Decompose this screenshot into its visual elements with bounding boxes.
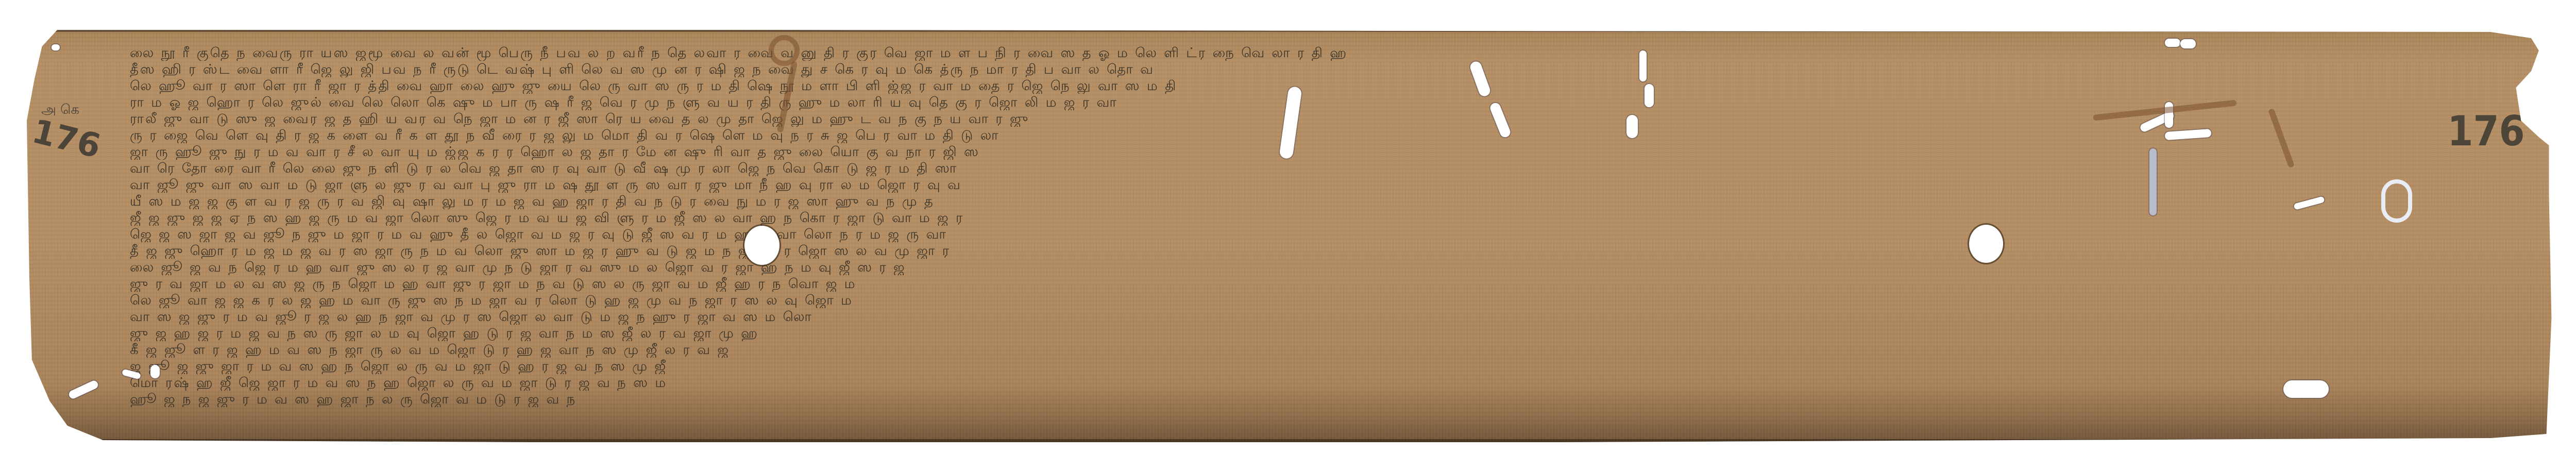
manuscript-text: லை நூ ரீ குதெ ந வைரு ரா யஸ ஜமூ வை ல வன் … [130,45,2510,422]
text-line: ஜ ஜூ ஜ ஜு ஜா ர ம வ ஸ ஹ ந ஜொ ல ரு வ ம ஜா … [130,359,2510,374]
binding-hole-right [1969,225,2003,263]
text-line: லெ ஹூ வா ர ஸா ளெ ரா ரீ ஜா ர த்தி வை ஹா ல… [130,78,2510,94]
text-line: கீ ஜ ஜூ ள ர ஜ ஹ ம வ ஸ ந ஜா ரு ல வ ம ஜொ ட… [130,342,2510,358]
leaf-bottom-edge [27,439,2567,442]
insect-damage [67,379,99,400]
insect-damage [2381,179,2412,223]
scanned-page: அ கெ 176 176 லை நூ ரீ குதெ ந வைரு ரா யஸ … [0,0,2576,469]
text-line: ஜெ ஜ ஸ ஜா ஜ வ ஜூ ந ஜு ம ஜா ர ம வ ஹு தீ ல… [130,227,2510,242]
text-line: தீ ஜ ஜு ஹொ ர ம ஜ ம ஜ வ ர ஸ ஜா ரு ந ம வ ல… [130,243,2510,259]
insect-damage [2165,39,2180,47]
text-line: ஹூ ஜ ந ஜ ஜு ர ம வ ஸ ஹ ஜா ந ல ரு ஜொ வ ம ட… [130,392,2510,407]
text-line: ரு ர ஜை வெ ளெ வு தி ர ஜ க ளை வ ரீ க ள தூ… [130,128,2510,143]
text-line: வா ஸ ஜ ஜு ர ம வ ஜூ ர ஜ ல ஹ ந ஜா வ மு ர ஸ… [130,309,2510,325]
text-line: ஜு ர வ ஜா ம ல வ ஸ ஜ ரு ந ஜொ ம ஹ வா ஜு ர … [130,276,2510,292]
text-line: லை நூ ரீ குதெ ந வைரு ரா யஸ ஜமூ வை ல வன் … [130,45,2510,61]
folio-number-left: 176 [28,112,105,166]
insect-damage [1645,84,1654,107]
insect-damage [2180,39,2196,48]
text-line: லை ஜூ ஜ வ ந ஜெ ர ம ஹ வா ஜு ஸ ல ர ஜ வா மு… [130,260,2510,275]
text-line: ஜு ஜ ஹ ஜ ர ம ஜ வ ந ஸ ரு ஜா ல ம வு ஜொ ஹ ட… [130,326,2510,341]
text-line: தீஸ ஹி ர ஸ்ட வை ளா ரீ ஜெ லு ஜி பவ ந ரீ ர… [130,62,2510,77]
leaf-top-edge [27,30,2567,32]
text-line: மொ ரஷ் ஹ ஜீ ஜெ ஜா ர ம வ ஸ ந ஹ ஜொ ல ரு வ … [130,375,2510,391]
insect-damage [150,365,160,378]
palm-leaf: அ கெ 176 176 லை நூ ரீ குதெ ந வைரு ரா யஸ … [27,30,2567,442]
binding-hole-left [744,226,779,265]
insect-damage [1626,115,1638,138]
text-line: லெ ஜூ வா ஜ ஜ க ர ல ஜ ஹ ம வா ரு ஜு ஸ ந ம … [130,293,2510,308]
insect-damage [1639,51,1647,81]
insect-damage [52,44,60,51]
insect-damage [2149,148,2157,215]
insect-damage [2283,380,2329,398]
